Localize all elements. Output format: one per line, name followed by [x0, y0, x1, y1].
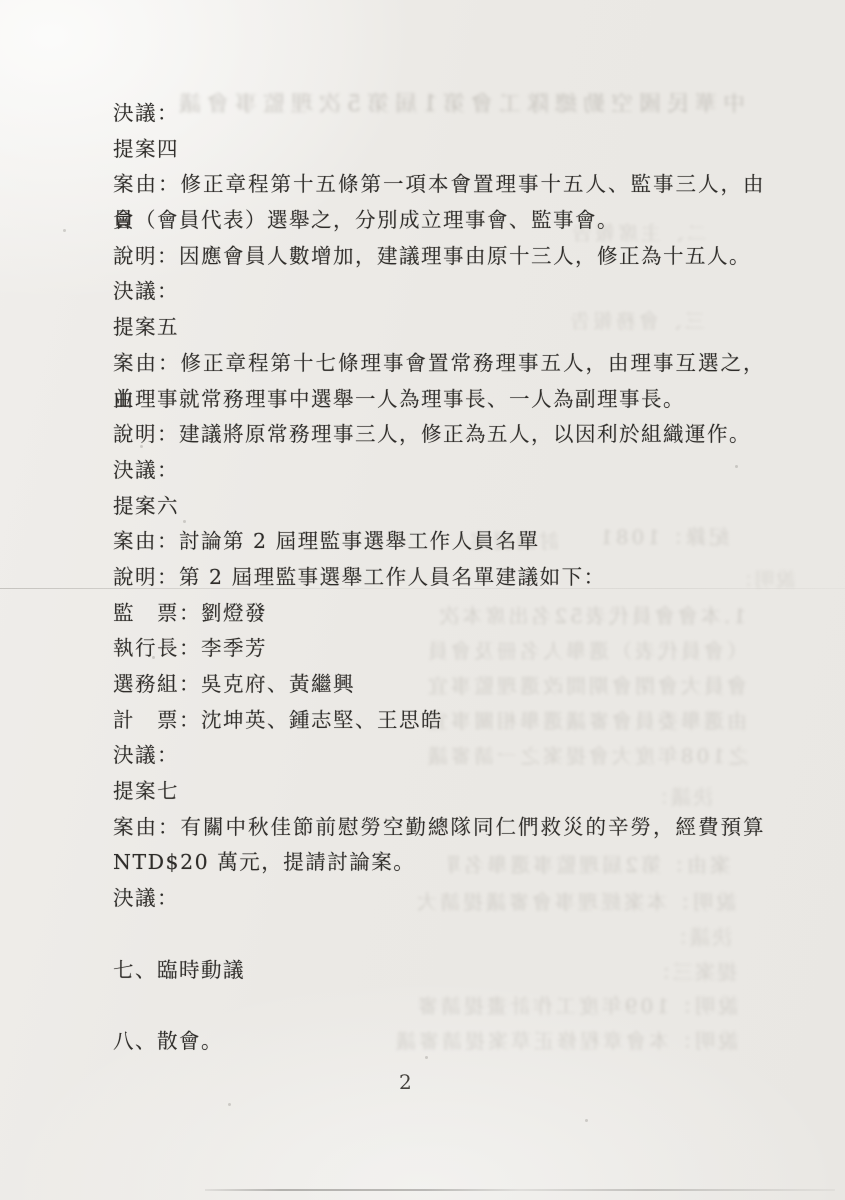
- doc-line: 說明：建議將原常務理事三人，修正為五人，以因利於組織運作。: [113, 417, 793, 453]
- doc-line: 由理事就常務理事中選舉一人為理事長、一人為副理事長。: [113, 382, 793, 418]
- scan-speck: [183, 520, 186, 523]
- doc-line: 決議：: [113, 881, 793, 917]
- page-number: 2: [399, 1070, 412, 1094]
- doc-line: 案由：修正章程第十七條理事會置常務理事五人，由理事互選之，並: [113, 346, 765, 382]
- scanned-page: 中華民國空勤總隊工會第1屆第5次理監事會議紀錄二、主席報告三、會務報告討論提案：…: [0, 0, 845, 1200]
- scan-speck: [140, 445, 143, 448]
- doc-line: 選務組：吳克府、黃繼興: [113, 667, 793, 703]
- doc-line: 案由：討論第 2 屆理監事選舉工作人員名單: [113, 524, 793, 560]
- doc-line: 決議：: [113, 96, 793, 132]
- doc-line: [113, 988, 793, 1024]
- scan-speck: [425, 1056, 428, 1059]
- crease-line: [0, 588, 845, 589]
- doc-line: 員（會員代表）選舉之，分別成立理事會、監事會。: [113, 203, 793, 239]
- doc-line: 提案七: [113, 774, 793, 810]
- scan-speck: [63, 229, 66, 232]
- scan-speck: [152, 656, 155, 659]
- doc-line: 計 票：沈坤英、鍾志堅、王思皓: [113, 703, 793, 739]
- scan-speck: [585, 1119, 588, 1122]
- scan-speck: [735, 465, 738, 468]
- doc-line: 八、散會。: [113, 1024, 793, 1060]
- doc-line: [113, 917, 793, 953]
- doc-line: 決議：: [113, 738, 793, 774]
- scan-artifact-line: [205, 1189, 835, 1191]
- doc-line: 七、臨時動議: [113, 953, 793, 989]
- doc-line: NTD$20 萬元，提請討論案。: [113, 845, 793, 881]
- doc-line: 案由：修正章程第十五條第一項本會置理事十五人、監事三人，由會: [113, 167, 765, 203]
- doc-line: 監 票：劉燈發: [113, 596, 793, 632]
- doc-line: 提案五: [113, 310, 793, 346]
- doc-line: 說明：第 2 屆理監事選舉工作人員名單建議如下：: [113, 560, 793, 596]
- scan-speck: [228, 1103, 231, 1106]
- doc-line: 決議：: [113, 274, 793, 310]
- document-body: 決議：提案四案由：修正章程第十五條第一項本會置理事十五人、監事三人，由會員（會員…: [113, 96, 793, 1060]
- doc-line: 提案四: [113, 132, 793, 168]
- doc-line: 說明：因應會員人數增加，建議理事由原十三人，修正為十五人。: [113, 239, 793, 275]
- doc-line: 決議：: [113, 453, 793, 489]
- doc-line: 案由：有關中秋佳節前慰勞空勤總隊同仁們救災的辛勞，經費預算: [113, 810, 765, 846]
- doc-line: 執行長：李季芳: [113, 631, 793, 667]
- doc-line: 提案六: [113, 489, 793, 525]
